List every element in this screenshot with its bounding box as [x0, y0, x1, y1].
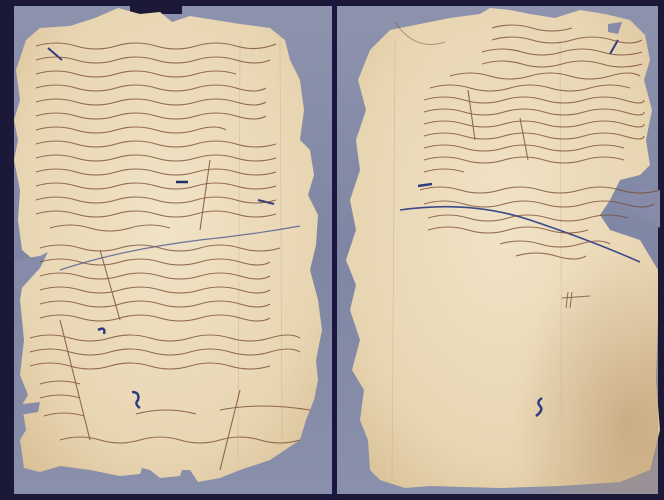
manuscript-folios: [0, 0, 664, 500]
